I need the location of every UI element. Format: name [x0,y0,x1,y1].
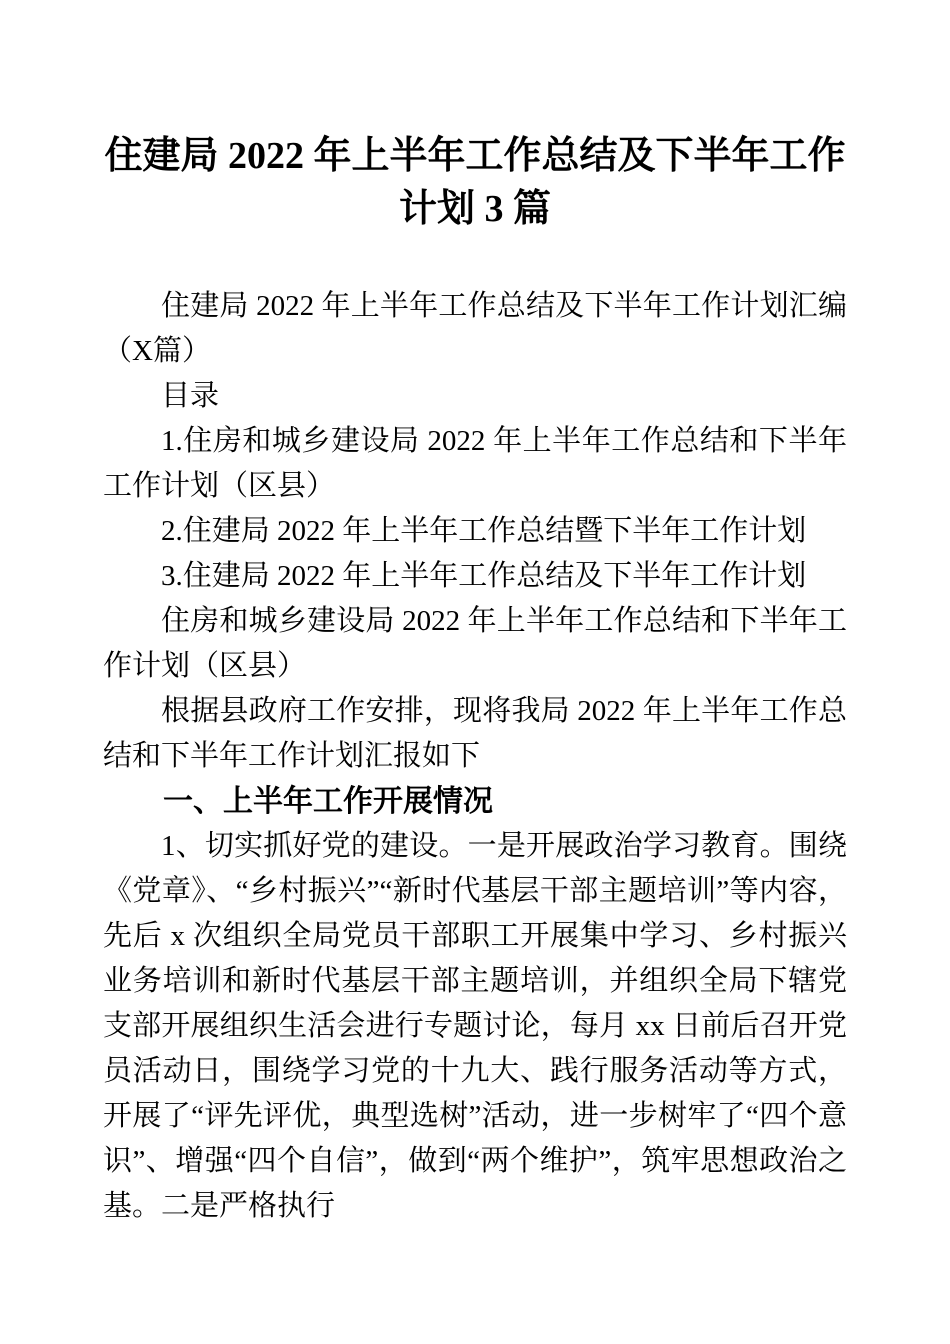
document-title: 住建局 2022 年上半年工作总结及下半年工作计划 3 篇 [103,130,847,236]
toc-label: 目录 [103,374,847,419]
intro-paragraph: 根据县政府工作安排，现将我局 2022 年上半年工作总结和下半年工作计划汇报如下 [103,689,847,779]
body-paragraph-party-building: 1、切实抓好党的建设。一是开展政治学习教育。围绕《党章》、“乡村振兴”“新时代基… [103,824,847,1229]
document-page: 住建局 2022 年上半年工作总结及下半年工作计划 3 篇 住建局 2022 年… [0,0,950,1344]
compilation-subtitle: 住建局 2022 年上半年工作总结及下半年工作计划汇编（X篇） [103,284,847,374]
section-heading-first-half-work: 一、上半年工作开展情况 [103,779,847,824]
section-document-title: 住房和城乡建设局 2022 年上半年工作总结和下半年工作计划（区县） [103,599,847,689]
toc-item-1: 1.住房和城乡建设局 2022 年上半年工作总结和下半年工作计划（区县） [103,419,847,509]
toc-item-2: 2.住建局 2022 年上半年工作总结暨下半年工作计划 [103,509,847,554]
toc-item-3: 3.住建局 2022 年上半年工作总结及下半年工作计划 [103,554,847,599]
